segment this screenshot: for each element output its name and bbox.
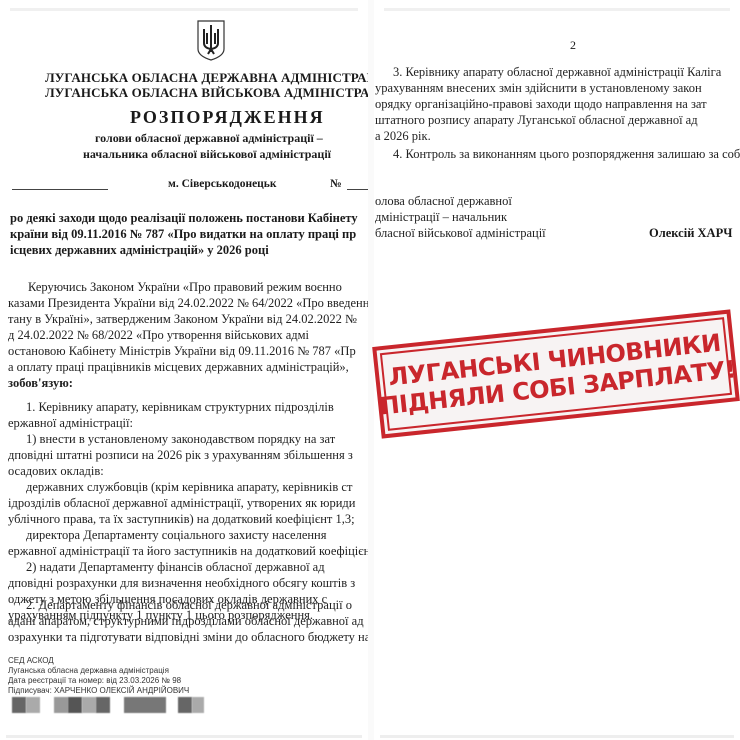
body-line: д 24.02.2022 № 68/2022 «Про утворення ві…: [8, 328, 309, 343]
body-line: озрахунки та підготувати відповідні змін…: [8, 630, 368, 645]
body-line: а 2026 рік.: [375, 129, 431, 144]
body-line: казами Президента України від 24.02.2022…: [8, 296, 368, 311]
body-line: ержавної адміністрації та його заступник…: [8, 544, 368, 559]
city: м. Сіверськодонецьк: [168, 178, 277, 190]
body-line: 2) надати Департаменту фінансів обласної…: [26, 560, 325, 575]
body-line: зобов'язую:: [8, 376, 73, 391]
body-line: тану в Україні», затвердженим Законом Ук…: [8, 312, 357, 327]
subject-line: ісцевих державних адміністрацій» у 2026 …: [10, 243, 269, 258]
body-line: ержавної адміністрації:: [8, 416, 133, 431]
redacted-qr-strip: [12, 697, 212, 713]
e-signature-line: Підписувач: ХАРЧЕНКО ОЛЕКСІЙ АНДРІЙОВИЧ: [8, 686, 189, 695]
e-signature-line: Дата реєстрації та номер: від 23.03.2026…: [8, 676, 181, 685]
page-edge: [6, 735, 362, 738]
signature-block-line: дміністрації – начальник: [375, 210, 507, 225]
body-line: директора Департаменту соціального захис…: [26, 528, 327, 543]
e-signature-line: Луганська обласна державна адміністрація: [8, 666, 169, 675]
page-number: 2: [570, 38, 576, 53]
body-line: штатного розпису апарату Луганської обла…: [375, 113, 698, 128]
document-title: РОЗПОРЯДЖЕННЯ: [130, 107, 325, 128]
subtitle-line: голови обласної державної адміністрації …: [95, 131, 323, 146]
body-line: державних службовців (крім керівника апа…: [26, 480, 352, 495]
header-line: ЛУГАНСЬКА ОБЛАСНА ВІЙСЬКОВА АДМІНІСТРАЦІ: [45, 85, 368, 101]
signature-block-line: бласної військової адміністрації: [375, 226, 546, 241]
stamp-banner: ЛУГАНСЬКІ ЧИНОВНИКИ ПІДНЯЛИ СОБІ ЗАРПЛАТ…: [372, 300, 740, 450]
number-label: №: [330, 178, 342, 190]
number-blank: [347, 189, 368, 190]
body-line: ідрозділів обласної державної адміністра…: [8, 496, 355, 511]
body-line: дповідні штатні розписи на 2026 рік з ур…: [8, 448, 353, 463]
body-line: 1) внести в установленому законодавством…: [26, 432, 335, 447]
signature-block-line: олова обласної державної: [375, 194, 512, 209]
body-line: а оплату праці працівників місцевих держ…: [8, 360, 349, 375]
trident-icon: [196, 19, 226, 61]
body-line: остановою Кабінету Міністрів України від…: [8, 344, 356, 359]
body-line: 4. Контроль за виконанням цього розпоряд…: [393, 147, 740, 162]
body-line: осадових окладів:: [8, 464, 104, 479]
body-line: Керуючись Законом України «Про правовий …: [28, 280, 342, 295]
body-line: ублічного права, та їх заступників) на д…: [8, 512, 355, 527]
header-line: ЛУГАНСЬКА ОБЛАСНА ДЕРЖАВНА АДМІНІСТРАЦІ:: [45, 70, 368, 86]
body-line: 2. Департаменту фінансів обласної держав…: [26, 598, 352, 613]
stamp: ЛУГАНСЬКІ ЧИНОВНИКИ ПІДНЯЛИ СОБІ ЗАРПЛАТ…: [372, 309, 740, 438]
e-signature-line: СЕД АСКОД: [8, 656, 54, 665]
document-page-1: ЛУГАНСЬКА ОБЛАСНА ДЕРЖАВНА АДМІНІСТРАЦІ:…: [0, 0, 368, 740]
body-line: урахуванням внесених змін здійснити в ус…: [375, 81, 702, 96]
date-blank: [12, 189, 108, 190]
body-line: 3. Керівнику апарату обласної державної …: [393, 65, 721, 80]
subject-line: ро деякі заходи щодо реалізації положень…: [10, 211, 358, 226]
body-line: 1. Керівнику апарату, керівникам структу…: [26, 400, 334, 415]
body-line: дповідні розрахунки для визначення необх…: [8, 576, 355, 591]
page-edge: [384, 8, 730, 11]
body-line: адані апаратом, структурними підрозділам…: [8, 614, 364, 629]
body-line: орядку організаційно-правові заходи щодо…: [375, 97, 707, 112]
subtitle-line: начальника обласної військової адміністр…: [83, 147, 331, 162]
page-edge: [380, 735, 734, 738]
signer-name: Олексій ХАРЧ: [649, 226, 732, 241]
page-edge: [10, 8, 358, 11]
subject-line: країни від 09.11.2016 № 787 «Про видатки…: [10, 227, 356, 242]
